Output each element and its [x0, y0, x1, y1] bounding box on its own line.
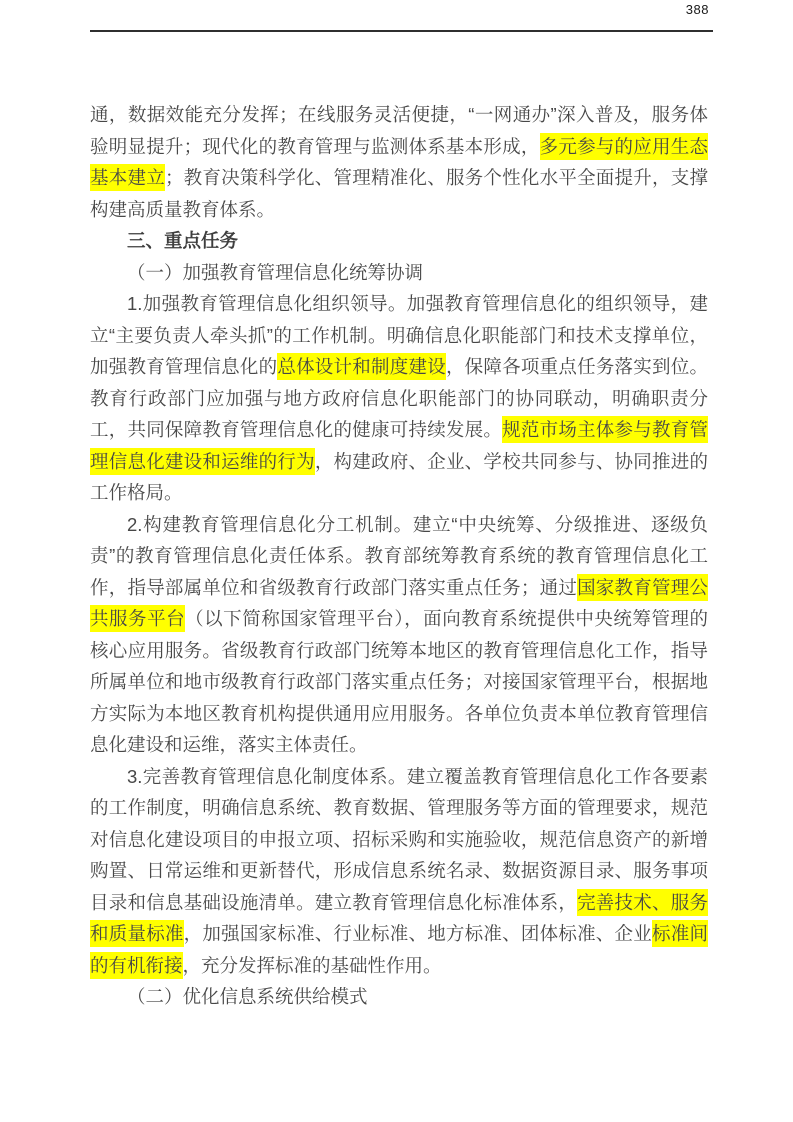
text-run: ，充分发挥标准的基础性作用。: [183, 955, 442, 976]
text-run: ；教育决策科学化、管理精准化、服务个性化水平全面提升，支撑构建高质量教育体系。: [90, 167, 708, 220]
paragraph: 3.完善教育管理信息化制度体系。建立覆盖教育管理信息化工作各要素的工作制度，明确…: [90, 761, 708, 982]
paragraph: 1.加强教育管理信息化组织领导。加强教育管理信息化的组织领导，建立“主要负责人牵…: [90, 288, 708, 509]
section-heading: 三、重点任务: [90, 225, 708, 257]
page-number: 388: [686, 2, 709, 17]
header-rule: [90, 30, 713, 32]
paragraph: 通，数据效能充分发挥；在线服务灵活便捷，“一网通办”深入普及，服务体验明显提升；…: [90, 99, 708, 225]
text-run: （二）优化信息系统供给模式: [127, 986, 368, 1007]
text-run: （一）加强教育管理信息化统筹协调: [127, 262, 423, 283]
highlighted-text: 总体设计和制度建设: [277, 353, 446, 380]
paragraph: （二）优化信息系统供给模式: [90, 981, 708, 1013]
text-run: ，加强国家标准、行业标准、地方标准、团体标准、企业: [184, 923, 652, 944]
document-body: 通，数据效能充分发挥；在线服务灵活便捷，“一网通办”深入普及，服务体验明显提升；…: [90, 99, 708, 1013]
text-run: 三、重点任务: [127, 230, 238, 251]
paragraph: 2.构建教育管理信息化分工机制。建立“中央统筹、分级推进、逐级负责”的教育管理信…: [90, 509, 708, 761]
paragraph: （一）加强教育管理信息化统筹协调: [90, 257, 708, 289]
